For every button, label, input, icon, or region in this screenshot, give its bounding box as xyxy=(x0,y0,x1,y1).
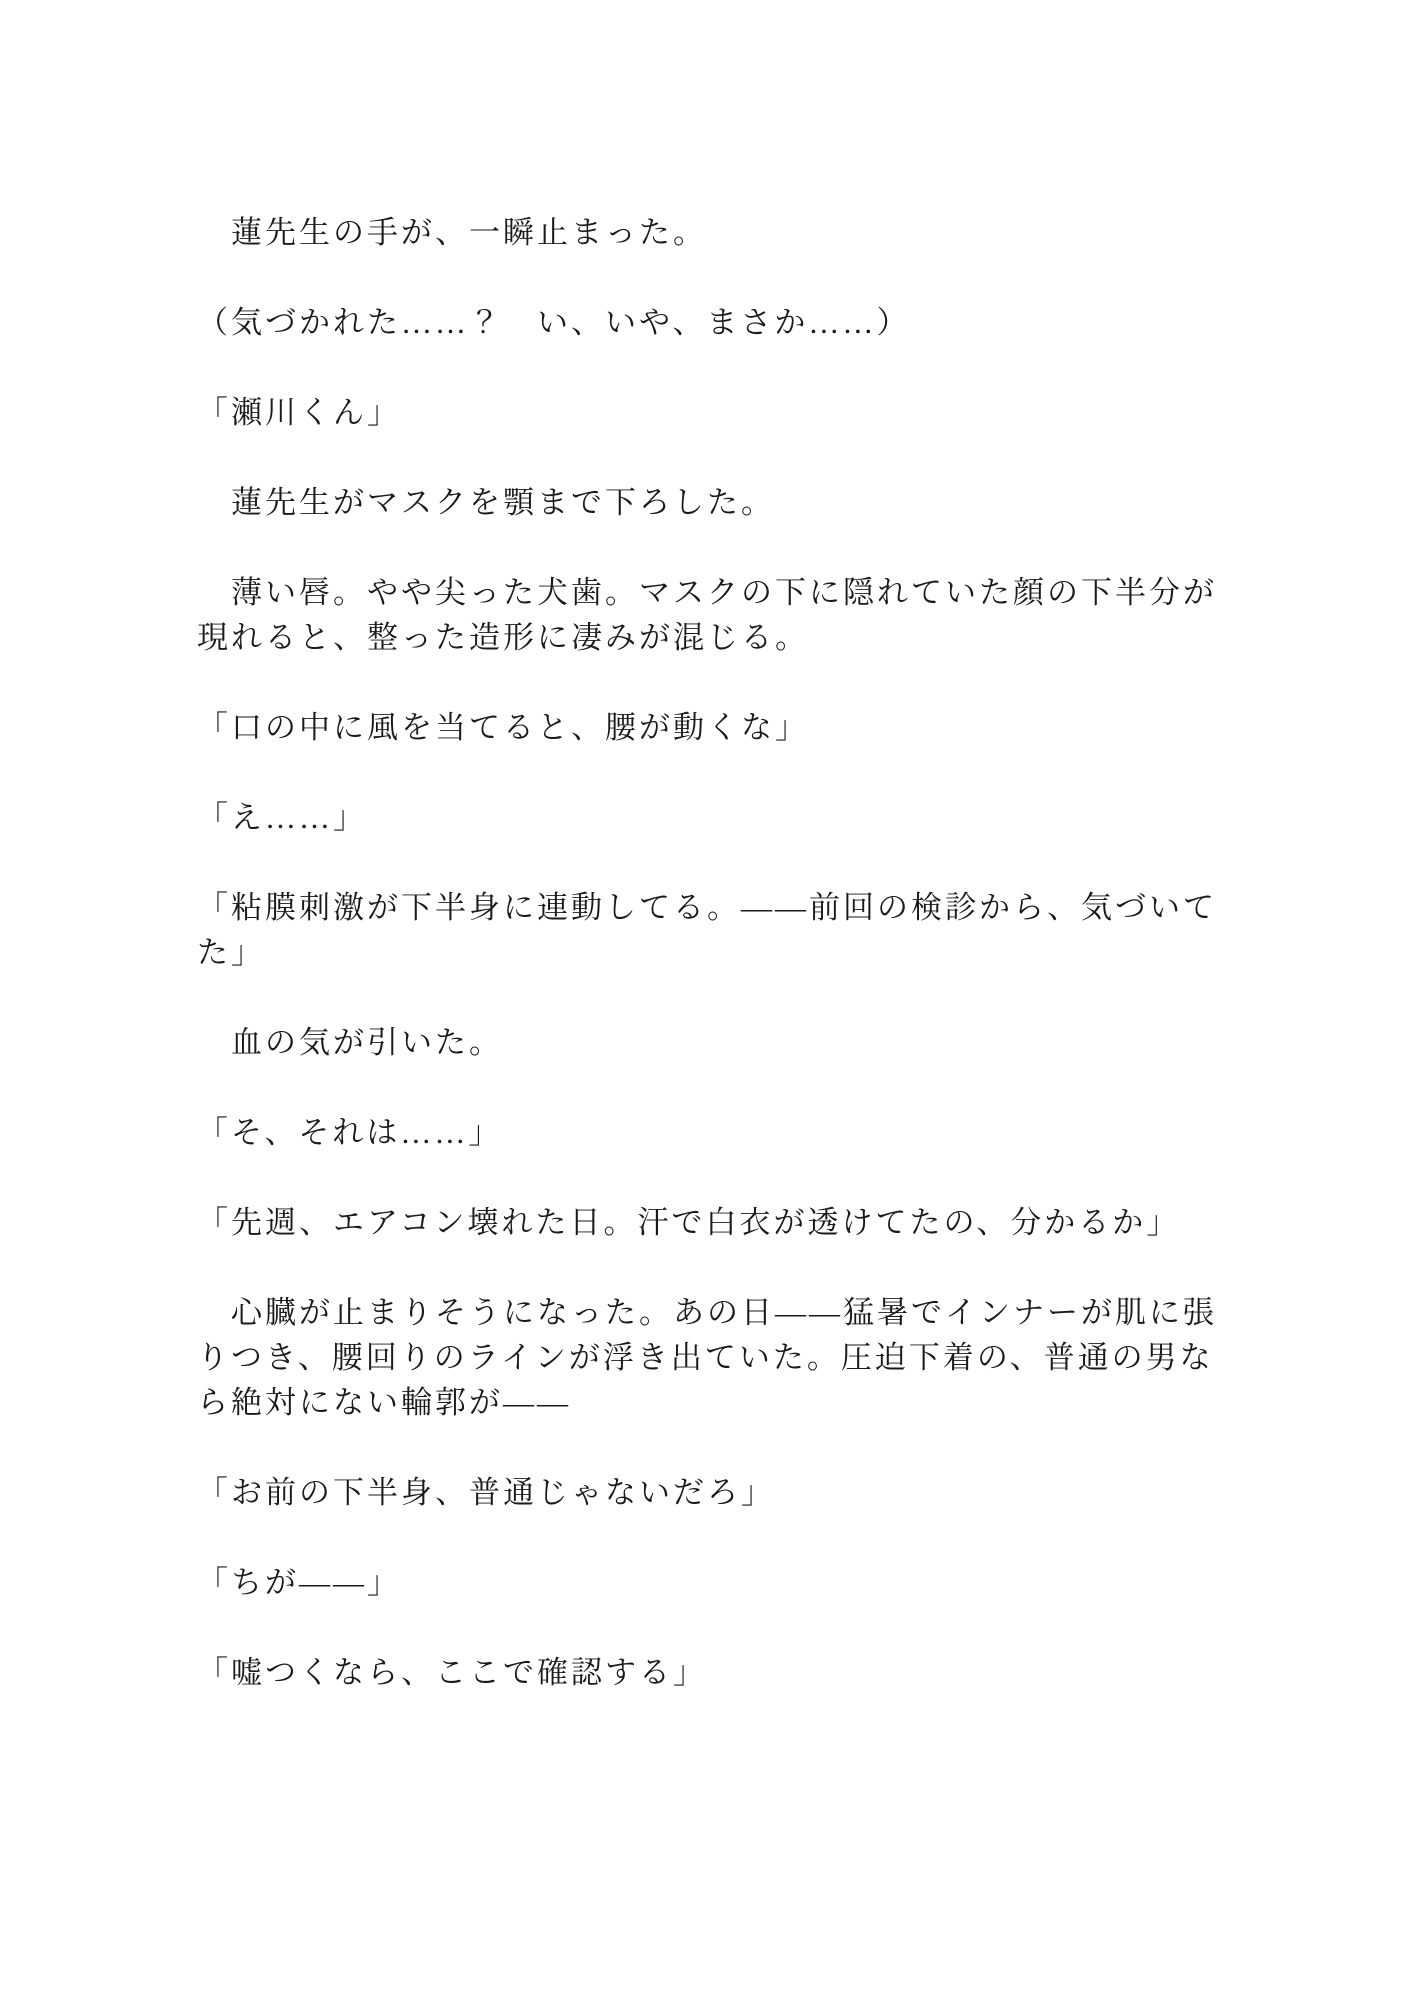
paragraph: （気づかれた……？ い、いや、まさか……） xyxy=(197,300,1219,345)
paragraph: 「え……」 xyxy=(197,795,1219,840)
text-column: 蓮先生の手が、一瞬止まった。（気づかれた……？ い、いや、まさか……）「瀬川くん… xyxy=(197,210,1219,1695)
paragraph: 「瀬川くん」 xyxy=(197,390,1219,435)
paragraph: 心臓が止まりそうになった。あの日——猛暑でインナーが肌に張りつき、腰回りのライン… xyxy=(197,1290,1219,1425)
paragraph: 「ちが——」 xyxy=(197,1560,1219,1605)
paragraph: 蓮先生がマスクを顎まで下ろした。 xyxy=(197,480,1219,525)
paragraph: 蓮先生の手が、一瞬止まった。 xyxy=(197,210,1219,255)
paragraph: 「先週、エアコン壊れた日。汗で白衣が透けてたの、分かるか」 xyxy=(197,1200,1219,1245)
paragraph: 「嘘つくなら、ここで確認する」 xyxy=(197,1650,1219,1695)
paragraph: 「お前の下半身、普通じゃないだろ」 xyxy=(197,1470,1219,1515)
paragraph: 血の気が引いた。 xyxy=(197,1020,1219,1065)
paragraph: 「粘膜刺激が下半身に連動してる。——前回の検診から、気づいてた」 xyxy=(197,885,1219,975)
paragraph: 薄い唇。やや尖った犬歯。マスクの下に隠れていた顔の下半分が現れると、整った造形に… xyxy=(197,570,1219,660)
document-page: 蓮先生の手が、一瞬止まった。（気づかれた……？ い、いや、まさか……）「瀬川くん… xyxy=(0,0,1415,2000)
paragraph: 「口の中に風を当てると、腰が動くな」 xyxy=(197,705,1219,750)
paragraph: 「そ、それは……」 xyxy=(197,1110,1219,1155)
